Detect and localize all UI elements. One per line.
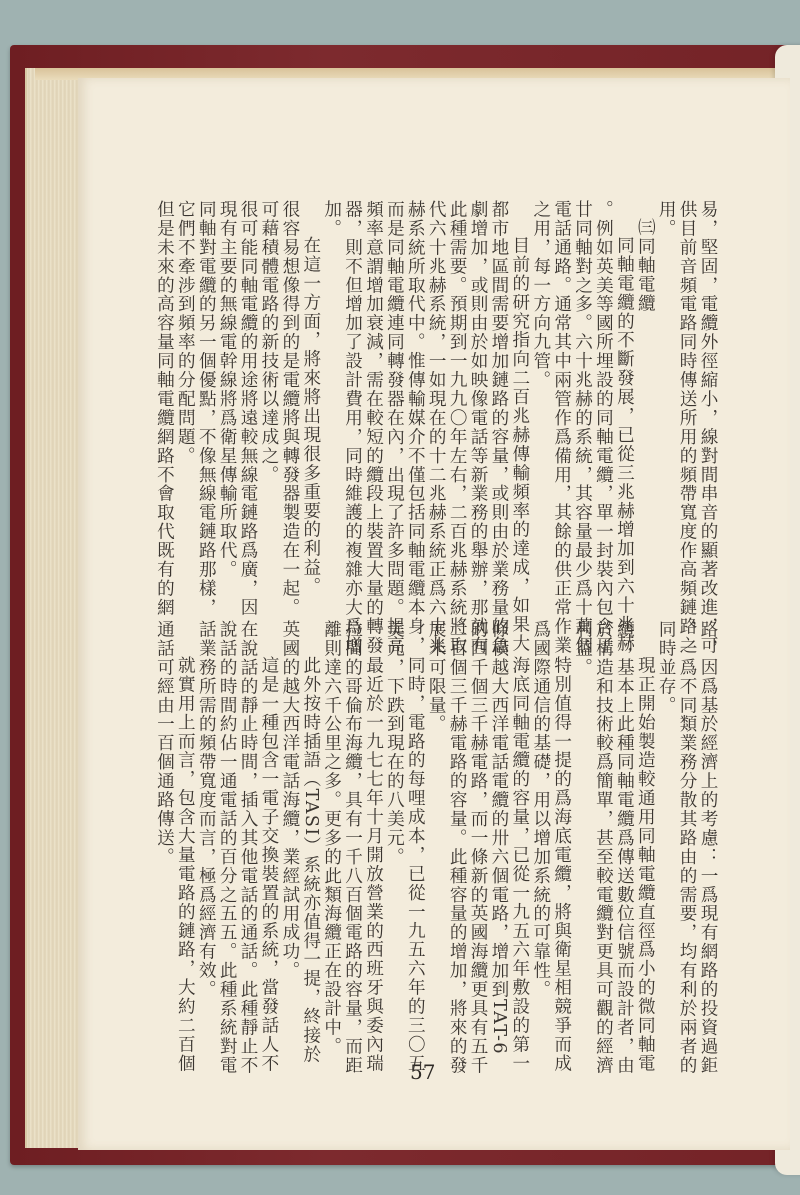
text-column: 很可能同軸電纜的用途將遠較無線電鏈路爲廣，因 <box>237 200 258 640</box>
text-column: 但是未來的高容量同軸電纜網路不會取代既有的網 <box>154 200 175 640</box>
text-column: 纜；基本上此種同軸電纜爲傳送數位信號而設計者，由 <box>613 620 634 1060</box>
text-column: 現正開始製造較通用同軸電纜直徑爲小的微同軸電 <box>634 620 655 1060</box>
text-column: 易，堅固，電纜外徑縮小，線對間串音的顯著改進，可 <box>697 200 718 640</box>
text-column: 而是同軸電纜連同轉發器在內，出現了許多問題。提高 <box>384 200 405 640</box>
text-column: ，一爲不同類業務分散其路由的需要，均有利於兩者的 <box>676 620 697 1060</box>
section-heading: ㈢同軸電纜 <box>634 200 655 640</box>
text-column: 離則達六千公里之多。更多的此類海纜正在設計中。 <box>321 620 342 1060</box>
text-column: 海底同軸電纜的容量，已從一九五六年敷設的第一 <box>509 620 530 1060</box>
text-column: 話業務所需的頻帶寬度而言，極爲經濟有效。 <box>195 620 216 1060</box>
text-column: 英國的越大西洋電話海纜，業經試用成功。 <box>279 620 300 1060</box>
text-column: 同時，電路的每哩成本，已從一九五六年的三〇五 <box>404 620 425 1060</box>
text-column: 同軸對電纜的另一個優點，不像無線電鏈路那樣， <box>195 200 216 640</box>
text-column: 二百個三千赫電路的容量。此種容量的增加，將來的發 <box>446 620 467 1060</box>
text-column: 就實用上而言，包含大量電路的鏈路，大約二百個 <box>174 620 195 1060</box>
text-column: 說話的時間約佔一通電話的百分之五五。此種系統對電 <box>216 620 237 1060</box>
text-column: 同時並存。 <box>655 620 676 1060</box>
text-column: 現有主要的無線電幹線將爲衛星傳輸所取代。 <box>216 200 237 640</box>
text-column: 美元，下跌到現在的八美元。 <box>384 620 405 1060</box>
text-column: 劇增加，或則由於如映像電話等新業務的舉辦，那就有 <box>467 200 488 640</box>
text-column: 拉間的哥倫布海纜，具有一千八百個電路的容量，而距 <box>342 620 363 1060</box>
page-number: 57 <box>410 1060 435 1084</box>
text-column: 條橫越大西洋電話電纜的卅六個電路，增加到TAT-6 <box>488 620 509 1060</box>
text-column: 。例如英美等國所埋設的同軸電纜，單一封裝內包含了 <box>593 200 614 640</box>
text-column: 展未可限量。 <box>425 620 446 1060</box>
text-column: 廿同軸對之多。六十兆赫的系統，其容量最少爲十萬個 <box>572 200 593 640</box>
text-column: 都市地區間需要增加鏈路的容量，或則由於業務量的急 <box>488 200 509 640</box>
text-column: 目前的研究指向二百兆赫傳輸頻率的達成，如果大 <box>509 200 530 640</box>
text-column: 在這一方面，將來將出現很多重要的利益。 <box>300 200 321 640</box>
text-column: 爲國際通信的基礎，用以增加系統的可靠性。 <box>530 620 551 1060</box>
text-column: 可藉積體電路的新技術以達成之。 <box>258 200 279 640</box>
text-column: 赫系統所取代中。惟傳輸媒介不僅包括同軸電纜本身， <box>404 200 425 640</box>
text-column: 之用，每一方向九管。 <box>530 200 551 640</box>
text-column: 供目前音頻電路同時傳送所用的頻帶寬度作高頻鏈路之 <box>676 200 697 640</box>
text-column: 最近於一九七七年十月開放營業的西班牙與委內瑞 <box>363 620 384 1060</box>
text-column: 在說話的靜止時間，插入其他電話的通話。此種靜止不 <box>237 620 258 1060</box>
text-column: 這是一種包含一電子交換裝置的系統，當發話人不 <box>258 620 279 1060</box>
text-column: 路，因爲基於經濟上的考慮：一爲現有網路的投資過鉅 <box>697 620 718 1060</box>
text-column: 通話可經由一百個通路傳送。 <box>154 620 175 1060</box>
bottom-text-block: 路，因爲基於經濟上的考慮：一爲現有網路的投資過鉅 ，一爲不同類業務分散其路由的需… <box>154 620 718 1060</box>
text-column: 加。 <box>321 200 342 640</box>
text-column: 用。 <box>655 200 676 640</box>
text-column: 電話通路。通常其中兩管作爲備用，其餘的供正常作業 <box>551 200 572 640</box>
text-column: 的四千個三千赫電路，而一條新的英國海纜更具有五千 <box>467 620 488 1060</box>
text-column: 特別值得一提的爲海底電纜，將與衛星相競爭而成 <box>551 620 572 1060</box>
text-column: 它們不牽涉到頻率的分配問題。 <box>174 200 195 640</box>
top-text-block: 易，堅固，電纜外徑縮小，線對間串音的顯著改進，可 供目前音頻電路同時傳送所用的頻… <box>154 200 718 640</box>
text-column: 很容易想像得到的是電纜將與轉發器製造在一起。 <box>279 200 300 640</box>
text-column: 代六十兆赫系統，一如現在的十二兆赫系統正爲六十兆 <box>425 200 446 640</box>
text-column: 同軸電纜的不斷發展，已從三兆赫增加到六十兆赫 <box>613 200 634 640</box>
text-column: 頻率意謂增加衰減，需在較短的纜段上裝置大量的轉發 <box>363 200 384 640</box>
text-column: 於構造和技術較爲簡單，甚至較電纜對更具可觀的經濟 <box>593 620 614 1060</box>
text-column: 此種需要。預期到一九九〇年左右，二百兆赫系統將取 <box>446 200 467 640</box>
text-column: 利益。 <box>572 620 593 1060</box>
text-column: 器，則不但增加了設計費用，同時維護的複雜亦大爲增 <box>342 200 363 640</box>
text-column: 此外按時插語（TASI）系統亦值得一提，終接於 <box>300 620 321 1060</box>
